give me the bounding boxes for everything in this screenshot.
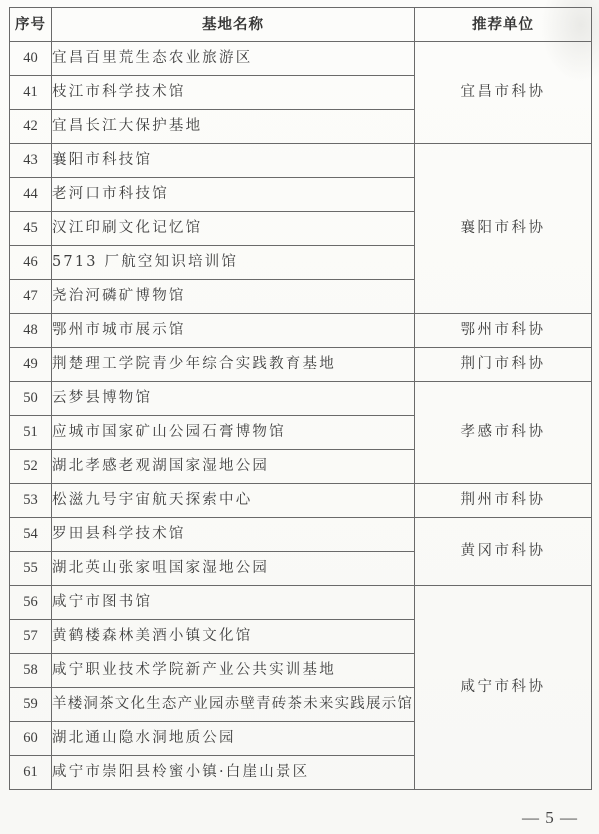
recommending-unit: 咸宁市科协 [415, 586, 592, 790]
base-name: 湖北孝感老观湖国家湿地公园 [52, 450, 415, 484]
table-row: 43 襄阳市科技馆 襄阳市科协 [10, 144, 592, 178]
row-number: 40 [10, 42, 52, 76]
row-number: 51 [10, 416, 52, 450]
row-number: 52 [10, 450, 52, 484]
row-number: 59 [10, 688, 52, 722]
table-row: 40 宜昌百里荒生态农业旅游区 宜昌市科协 [10, 42, 592, 76]
base-name: 咸宁市图书馆 [52, 586, 415, 620]
row-number: 49 [10, 348, 52, 382]
science-base-table: 序号 基地名称 推荐单位 40 宜昌百里荒生态农业旅游区 宜昌市科协 41 枝江… [9, 7, 592, 790]
table-row: 54 罗田县科学技术馆 黄冈市科协 [10, 518, 592, 552]
recommending-unit: 宜昌市科协 [415, 42, 592, 144]
row-number: 43 [10, 144, 52, 178]
base-name: 汉江印刷文化记忆馆 [52, 212, 415, 246]
recommending-unit: 黄冈市科协 [415, 518, 592, 586]
row-number: 50 [10, 382, 52, 416]
row-number: 47 [10, 280, 52, 314]
row-number: 41 [10, 76, 52, 110]
recommending-unit: 孝感市科协 [415, 382, 592, 484]
header-recommending-unit: 推荐单位 [415, 8, 592, 42]
row-number: 45 [10, 212, 52, 246]
row-number: 57 [10, 620, 52, 654]
recommending-unit: 荆州市科协 [415, 484, 592, 518]
table-header-row: 序号 基地名称 推荐单位 [10, 8, 592, 42]
base-name: 宜昌长江大保护基地 [52, 110, 415, 144]
row-number: 54 [10, 518, 52, 552]
base-name: 咸宁市崇阳县柃蜜小镇·白崖山景区 [52, 756, 415, 790]
table-row: 53 松滋九号宇宙航天探索中心 荆州市科协 [10, 484, 592, 518]
row-number: 48 [10, 314, 52, 348]
base-name: 云梦县博物馆 [52, 382, 415, 416]
base-name: 鄂州市城市展示馆 [52, 314, 415, 348]
base-name: 黄鹤楼森林美酒小镇文化馆 [52, 620, 415, 654]
table-row: 49 荆楚理工学院青少年综合实践教育基地 荆门市科协 [10, 348, 592, 382]
row-number: 42 [10, 110, 52, 144]
base-name: 湖北英山张家咀国家湿地公园 [52, 552, 415, 586]
page-number: — 5 — [510, 808, 590, 828]
row-number: 46 [10, 246, 52, 280]
base-name: 湖北通山隐水洞地质公园 [52, 722, 415, 756]
base-name: 枝江市科学技术馆 [52, 76, 415, 110]
header-base-name: 基地名称 [52, 8, 415, 42]
base-name: 尧治河磷矿博物馆 [52, 280, 415, 314]
base-name: 羊楼洞茶文化生态产业园赤壁青砖茶未来实践展示馆 [52, 688, 415, 722]
row-number: 44 [10, 178, 52, 212]
base-name: 宜昌百里荒生态农业旅游区 [52, 42, 415, 76]
base-name: 罗田县科学技术馆 [52, 518, 415, 552]
row-number: 58 [10, 654, 52, 688]
recommending-unit: 襄阳市科协 [415, 144, 592, 314]
base-name: 咸宁职业技术学院新产业公共实训基地 [52, 654, 415, 688]
base-name: 荆楚理工学院青少年综合实践教育基地 [52, 348, 415, 382]
table-row: 56 咸宁市图书馆 咸宁市科协 [10, 586, 592, 620]
row-number: 60 [10, 722, 52, 756]
base-name: 襄阳市科技馆 [52, 144, 415, 178]
recommending-unit: 鄂州市科协 [415, 314, 592, 348]
recommending-unit: 荆门市科协 [415, 348, 592, 382]
base-name: 老河口市科技馆 [52, 178, 415, 212]
row-number: 55 [10, 552, 52, 586]
table-row: 50 云梦县博物馆 孝感市科协 [10, 382, 592, 416]
base-name: 应城市国家矿山公园石膏博物馆 [52, 416, 415, 450]
base-name: 5713 厂航空知识培训馆 [52, 246, 415, 280]
row-number: 56 [10, 586, 52, 620]
row-number: 53 [10, 484, 52, 518]
row-number: 61 [10, 756, 52, 790]
header-serial-number: 序号 [10, 8, 52, 42]
base-name: 松滋九号宇宙航天探索中心 [52, 484, 415, 518]
table-row: 48 鄂州市城市展示馆 鄂州市科协 [10, 314, 592, 348]
